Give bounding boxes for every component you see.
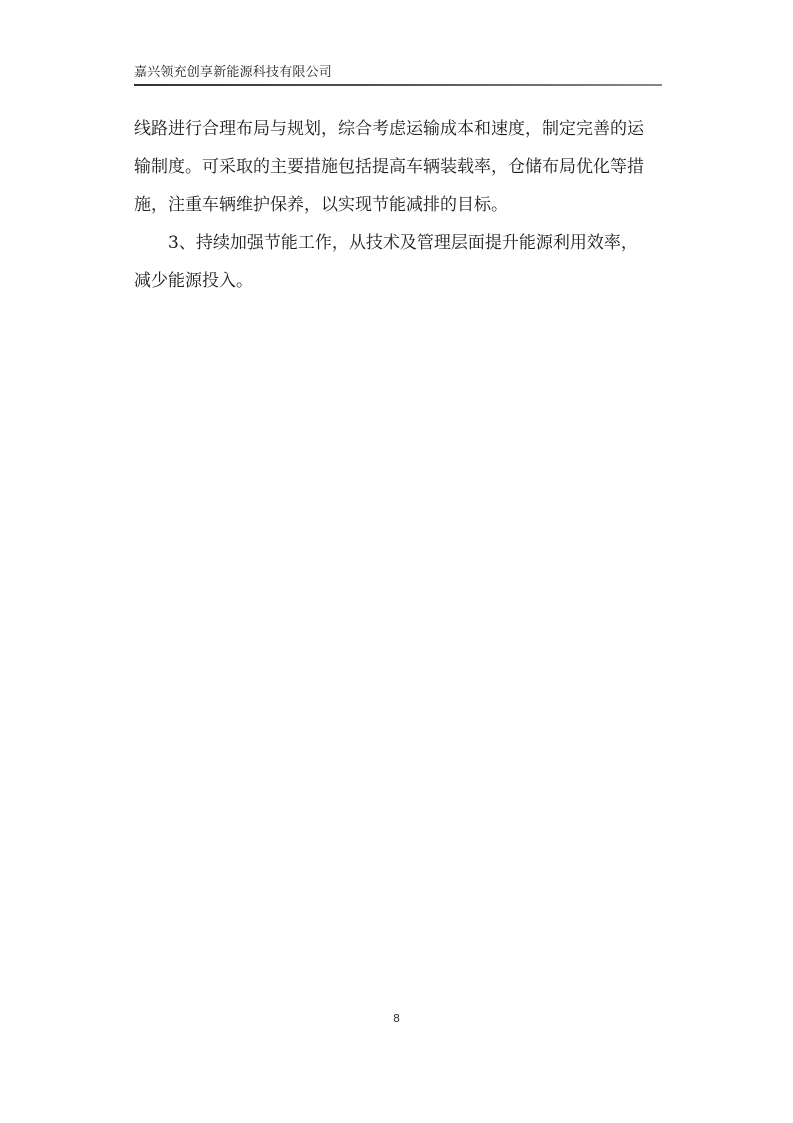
page-number: 8 [0, 1012, 793, 1025]
paragraph-item-3: 3、持续加强节能工作，从技术及管理层面提升能源利用效率， 减少能源投入。 [134, 224, 662, 300]
text-line: 线路进行合理布局与规划，综合考虑运输成本和速度，制定完善的运 [134, 110, 662, 148]
page-header: 嘉兴领充创享新能源科技有限公司 [134, 64, 662, 86]
header-divider [134, 84, 662, 86]
text-line: 3、持续加强节能工作，从技术及管理层面提升能源利用效率， [134, 224, 662, 262]
text-line: 输制度。可采取的主要措施包括提高车辆装载率，仓储布局优化等措 [134, 148, 662, 186]
paragraph-transport: 线路进行合理布局与规划，综合考虑运输成本和速度，制定完善的运 输制度。可采取的主… [134, 110, 662, 224]
company-name: 嘉兴领充创享新能源科技有限公司 [134, 64, 662, 82]
document-body: 线路进行合理布局与规划，综合考虑运输成本和速度，制定完善的运 输制度。可采取的主… [134, 110, 662, 300]
text-line: 减少能源投入。 [134, 262, 662, 300]
text-line: 施，注重车辆维护保养，以实现节能减排的目标。 [134, 186, 662, 224]
